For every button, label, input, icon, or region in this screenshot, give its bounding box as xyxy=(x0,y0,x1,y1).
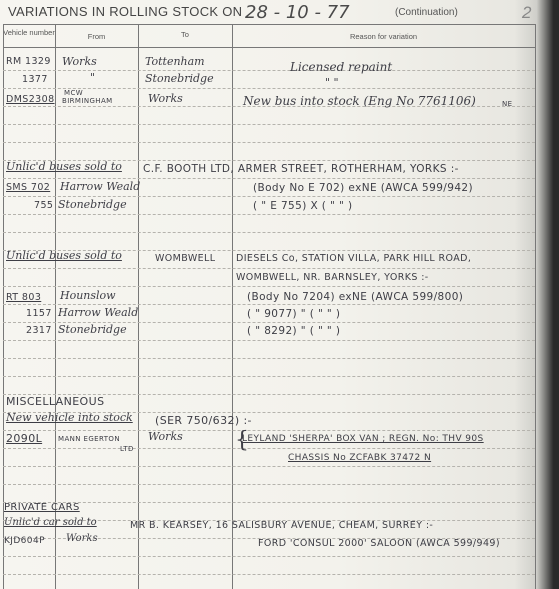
to-cell: Tottenham xyxy=(145,55,205,68)
vehicle-number: 1157 xyxy=(26,308,52,319)
reference: (SER 750/632) :- xyxy=(155,414,252,427)
column-header-from: From xyxy=(55,32,138,54)
vehicle-description: FORD 'CONSUL 2000' SALOON (AWCA 599/949) xyxy=(258,538,500,549)
continuation-label: (Continuation) xyxy=(395,7,458,18)
reason-cell: ( " 9077) " ( " " ) xyxy=(247,308,340,320)
reason-cell: ( " 8292) " ( " " ) xyxy=(247,325,340,337)
page-date: 28 - 10 - 77 xyxy=(245,2,350,23)
buyer-address-2: WOMBWELL, NR. BARNSLEY, YORKS :- xyxy=(236,272,429,283)
ruled-line xyxy=(3,502,535,503)
reason-suffix: NE xyxy=(502,100,512,108)
from-cell-sub: LTD xyxy=(120,445,134,453)
column-divider xyxy=(535,24,536,589)
from-cell: BIRMINGHAM xyxy=(62,97,113,105)
vehicle-number: 2090L xyxy=(6,432,42,445)
from-cell: " xyxy=(90,71,95,84)
ruled-line xyxy=(3,448,535,449)
from-cell: Works xyxy=(66,533,98,544)
from-cell: Harrow Weald xyxy=(58,306,138,319)
buyer-address-1: DIESELS Co, STATION VILLA, PARK HILL ROA… xyxy=(236,253,471,264)
ruled-line xyxy=(3,196,535,197)
ruled-line xyxy=(3,376,535,377)
to-cell: WOMBWELL xyxy=(155,253,215,264)
lead-text: Unlic'd car sold to xyxy=(4,517,97,528)
from-cell: MANN EGERTON xyxy=(58,435,120,443)
from-cell: Stonebridge xyxy=(58,323,127,336)
ruled-line xyxy=(3,358,535,359)
reason-cell: (Body No E 702) exNE (AWCA 599/942) xyxy=(253,182,473,194)
ruled-line xyxy=(3,268,535,269)
reason-cell: ( " E 755) X ( " " ) xyxy=(253,200,352,212)
from-cell: Stonebridge xyxy=(58,198,127,211)
column-header-reason: Reason for variation xyxy=(232,32,535,54)
ruled-line xyxy=(3,70,535,71)
chassis-number: CHASSIS No ZCFABK 37472 N xyxy=(288,453,431,463)
vehicle-number: KJD604P xyxy=(4,536,45,546)
lead-text: Unlic'd buses sold to xyxy=(6,249,122,262)
ruled-line xyxy=(3,124,535,125)
buyer-address: C.F. BOOTH LTD, ARMER STREET, ROTHERHAM,… xyxy=(143,163,459,175)
ruled-line xyxy=(3,304,535,305)
ledger-page: VARIATIONS IN ROLLING STOCK ON 28 - 10 -… xyxy=(0,0,559,589)
vehicle-description: LEYLAND 'SHERPA' BOX VAN ; REGN. No: THV… xyxy=(242,434,484,444)
ruled-line xyxy=(3,574,535,575)
section-heading: PRIVATE CARS xyxy=(4,502,80,513)
reason-cell: (Body No 7204) exNE (AWCA 599/800) xyxy=(247,291,463,303)
reason-cell: Licensed repaint xyxy=(290,60,392,74)
ruled-line xyxy=(3,286,535,287)
ruled-line xyxy=(3,178,535,179)
lead-text: New vehicle into stock xyxy=(6,411,133,424)
to-cell: Stonebridge xyxy=(145,72,214,85)
page-title: VARIATIONS IN ROLLING STOCK ON xyxy=(8,4,242,19)
column-divider xyxy=(232,24,233,589)
column-header-vehicle: Vehicle number xyxy=(3,28,55,50)
ruled-line xyxy=(3,232,535,233)
reason-cell: " " xyxy=(325,76,339,89)
vehicle-number: DMS2308 xyxy=(6,94,55,105)
ruled-line xyxy=(3,142,535,143)
vehicle-number: 2317 xyxy=(26,325,52,336)
column-header-to: To xyxy=(138,30,232,52)
ruled-line xyxy=(3,430,535,431)
to-cell: Works xyxy=(148,430,183,443)
buyer-address: MR B. KEARSEY, 16 SALISBURY AVENUE, CHEA… xyxy=(130,520,433,531)
vehicle-number: 1377 xyxy=(22,74,48,85)
column-header-row: Vehicle number From To Reason for variat… xyxy=(3,24,535,48)
section-heading: MISCELLANEOUS xyxy=(6,395,104,408)
ruled-line xyxy=(3,340,535,341)
vehicle-number: RT 803 xyxy=(6,292,41,303)
from-cell: Harrow Weald xyxy=(60,180,140,193)
from-cell: Hounslow xyxy=(60,289,116,302)
from-cell: Works xyxy=(62,55,97,68)
ruled-line xyxy=(3,556,535,557)
to-cell: Works xyxy=(148,92,183,105)
ruled-line xyxy=(3,214,535,215)
from-cell-top: MCW xyxy=(64,89,83,97)
ruled-line xyxy=(3,484,535,485)
reason-cell: New bus into stock (Eng No 7761106) xyxy=(243,94,476,108)
ruled-line xyxy=(3,466,535,467)
vehicle-number: RM 1329 xyxy=(6,56,51,67)
page-number: 2 xyxy=(522,3,531,23)
vehicle-number: 755 xyxy=(34,200,53,211)
vehicle-number: SMS 702 xyxy=(6,182,50,193)
lead-text: Unlic'd buses sold to xyxy=(6,160,122,173)
